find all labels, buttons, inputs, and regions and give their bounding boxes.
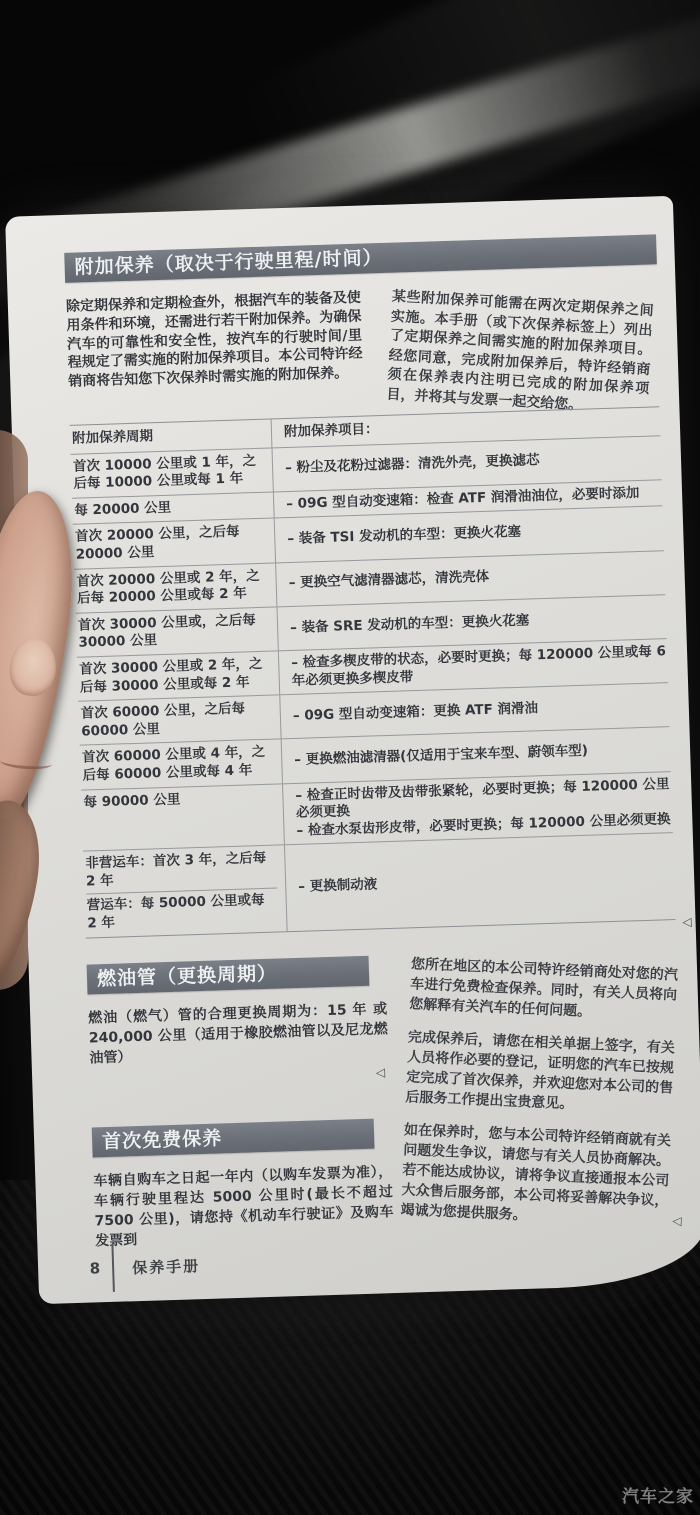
section-bar-first-free-maintenance: 首次免费保养 [92,1118,375,1157]
section-bar-fuel-line: 燃油管（更换周期） [87,955,370,994]
page-footer: 8 保养手册 [73,1241,200,1293]
footer-divider [111,1244,115,1292]
period-cell: 首次 30000 公里或 2 年，之后每 30000 公里或每 2 年 [77,651,280,701]
service-info-paragraph-1: 您所在地区的本公司特许经销商处对您的汽车进行免费检查保养。同时，有关人员将向您解… [409,954,678,1025]
maintenance-table: 附加保养周期 附加保养项目： 首次 10000 公里或 1 年，之后每 1000… [70,406,676,938]
table-row-brake-fluid: 非营运车：首次 3 年，之后每 2 年 营运车：每 50000 公里或每 2 年… [83,832,675,937]
first-free-paragraph: 车辆自购车之日起一年内（以购车发票为准），车辆行驶里程达 5000 公里时(最长… [93,1162,394,1251]
section-title: 附加保养（取决于行驶里程/时间） [74,247,382,279]
intro-left-paragraph: 除定期保养和定期检查外，根据汽车的装备及使用条件和环境，还需进行若干附加保养。为… [66,289,365,415]
maintenance-table-wrap: 附加保养周期 附加保养项目： 首次 10000 公里或 1 年，之后每 1000… [70,406,678,938]
period-cell: 首次 60000 公里或 4 年，之后每 60000 公里或每 4 年 [80,740,283,790]
watermark: 汽车之家 [622,1482,694,1507]
section-title: 燃油管（更换周期） [97,962,278,990]
period-cell-split: 非营运车：首次 3 年，之后每 2 年 营运车：每 50000 公里或每 2 年 [83,846,288,938]
section-title: 首次免费保养 [102,1127,223,1153]
end-of-section-icon: ◁ [682,915,692,927]
period-cell: 首次 20000 公里或 2 年，之后每 20000 公里或每 2 年 [74,563,277,613]
period-commercial: 营运车：每 50000 公里或每 2 年 [86,888,278,933]
end-of-section-icon: ◁ [672,1214,682,1226]
service-info-paragraph-3: 如在保养时，您与本公司特许经销商就有关问题发生争议，请您与有关人员协商解决。若不… [400,1120,671,1231]
page-content: 附加保养（取决于行驶里程/时间） 除定期保养和定期检查外，根据汽车的装备及使用条… [5,196,700,1304]
service-info-paragraph-2: 完成保养后，请您在相关单据上签字，有关人员将作必要的登记，证明您的汽车已按规定完… [405,1027,675,1118]
manual-page: 附加保养（取决于行驶里程/时间） 除定期保养和定期检查外，根据汽车的装备及使用条… [5,196,700,1304]
period-cell: 首次 30000 公里或，之后每 30000 公里 [76,607,279,657]
lower-left-column: 燃油管（更换周期） 燃油（燃气）管的合理更换周期为：15 年 或 240,000… [87,955,395,1251]
item-cell: – 更换制动液 [285,833,675,931]
fuel-line-paragraph: 燃油（燃气）管的合理更换周期为：15 年 或 240,000 公里（适用于橡胶燃… [88,999,389,1068]
period-cell: 首次 20000 公里，之后每 20000 公里 [73,519,276,569]
period-cell: 首次 60000 公里，之后每 60000 公里 [78,695,281,745]
lower-right-column: 您所在地区的本公司特许经销商处对您的汽车进行免费检查保养。同时，有关人员将向您解… [399,954,678,1252]
period-noncommercial: 非营运车：首次 3 年，之后每 2 年 [85,850,277,891]
period-cell: 每 90000 公里 [81,784,285,851]
end-of-section-icon: ◁ [376,1065,386,1079]
intro-columns: 除定期保养和定期检查外，根据汽车的装备及使用条件和环境，还需进行若干附加保养。为… [66,279,661,415]
intro-right-paragraph: 某些附加保养可能需在两次定期保养之间实施。本手册（或下次保养标签上）列出了定期保… [386,288,654,419]
section-bar-additional-maintenance: 附加保养（取决于行驶里程/时间） [64,234,657,283]
footer-title: 保养手册 [132,1255,201,1278]
lower-columns: 燃油管（更换周期） 燃油（燃气）管的合理更换周期为：15 年 或 240,000… [87,946,688,1251]
period-cell: 首次 10000 公里或 1 年，之后每 10000 公里或每 1 年 [71,448,274,498]
item-cell: – 检查正时齿带及齿带张紧轮，必要时更换；每 120000 公里必须更换 – 检… [283,772,673,845]
page-number: 8 [74,1259,101,1278]
